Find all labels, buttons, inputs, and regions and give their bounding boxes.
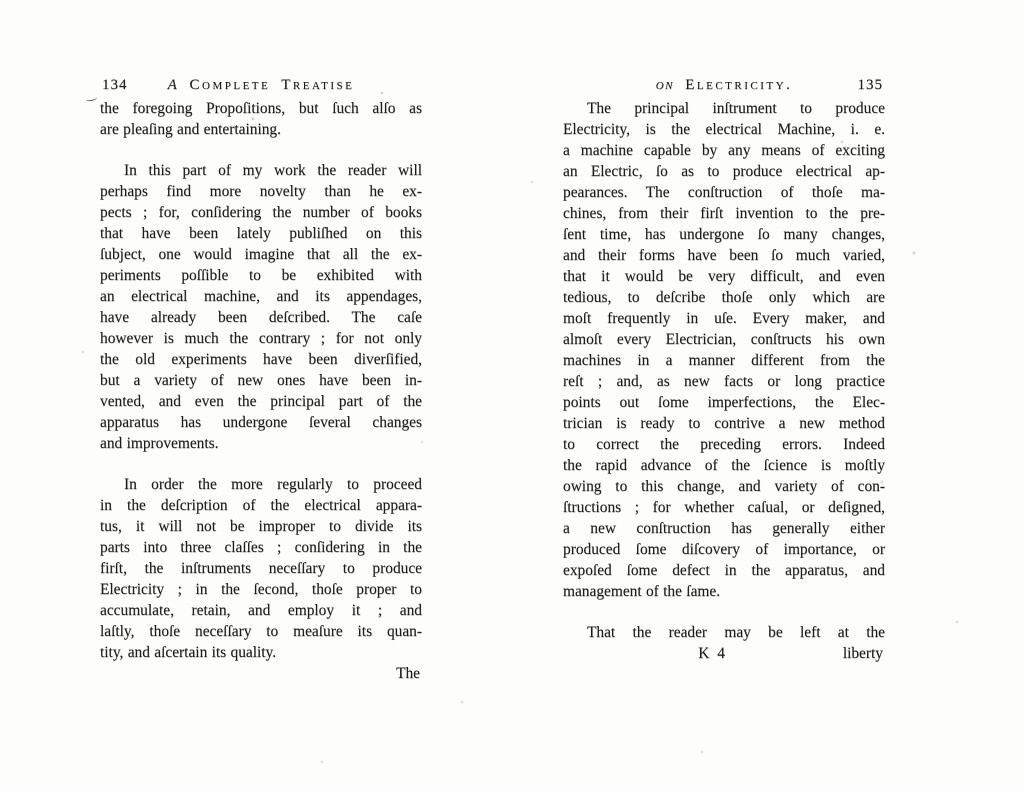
text-line: that have been lately publiſhed on this xyxy=(100,223,422,244)
left-page-body: the foregoing Propoſitions, but ſuch alſ… xyxy=(100,98,422,663)
text-line: ſtructions ; for whether caſual, or deſi… xyxy=(563,497,885,518)
right-page-number: 135 xyxy=(858,75,884,96)
text-line: an electrical machine, and its appendage… xyxy=(100,286,422,307)
book-scan: 134 A Complete Treatise the foregoing Pr… xyxy=(0,0,1024,791)
left-page-number: 134 xyxy=(102,75,128,96)
text-line: however is much the contrary ; for not o… xyxy=(100,328,422,349)
text-line: are pleaſing and entertaining. xyxy=(100,119,422,140)
right-catchword: liberty xyxy=(843,643,883,664)
text-line: Electricity, is the electrical Machine, … xyxy=(563,119,885,140)
text-line: trician is ready to contrive a new metho… xyxy=(563,413,885,434)
text-line: tedious, to deſcribe thoſe only which ar… xyxy=(563,287,885,308)
text-line: produced ſome diſcovery of importance, o… xyxy=(563,539,885,560)
text-line: The principal inſtrument to produce xyxy=(563,98,885,119)
text-line: the rapid advance of the ſcience is moſt… xyxy=(563,455,885,476)
paragraph: In this part of my work the reader willp… xyxy=(100,160,422,454)
right-page: on Electricity. 135 The principal inſtru… xyxy=(563,75,885,664)
paper-specks xyxy=(0,0,2,2)
text-line: that it would be very difficult, and eve… xyxy=(563,266,885,287)
text-line: ſent time, has undergone ſo many changes… xyxy=(563,224,885,245)
text-line: an Electric, ſo as to produce electrical… xyxy=(563,161,885,182)
paragraph: In order the more regularly to proceedin… xyxy=(100,474,422,663)
text-line: have already been deſcribed. The caſe xyxy=(100,307,422,328)
text-line: points out ſome imperfections, the Elec- xyxy=(563,392,885,413)
text-line: pects ; for, conſidering the number of b… xyxy=(100,202,422,223)
text-line: expoſed ſome defect in the apparatus, an… xyxy=(563,560,885,581)
text-line: vented, and even the principal part of t… xyxy=(100,391,422,412)
text-line: to correct the preceding errors. Indeed xyxy=(563,434,885,455)
text-line: laſtly, thoſe neceſſary to meaſure its q… xyxy=(100,621,422,642)
text-line: That the reader may be left at the xyxy=(563,622,885,643)
text-line: chines, from their firſt invention to th… xyxy=(563,203,885,224)
text-line: a new conſtruction has generally either xyxy=(563,518,885,539)
text-line: reſt ; and, as new facts or long practic… xyxy=(563,371,885,392)
paragraph: The principal inſtrument to produceElect… xyxy=(563,98,885,602)
text-line: but a variety of new ones have been in- xyxy=(100,370,422,391)
text-line: machines in a manner different from the xyxy=(563,350,885,371)
left-page: 134 A Complete Treatise the foregoing Pr… xyxy=(100,75,422,684)
signature-mark: K 4 xyxy=(698,643,727,664)
text-line: perhaps find more novelty than he ex- xyxy=(100,181,422,202)
text-line: a machine capable by any means of exciti… xyxy=(563,140,885,161)
text-line: apparatus has undergone ſeveral changes xyxy=(100,412,422,433)
right-page-body: The principal inſtrument to produceElect… xyxy=(563,98,885,643)
left-head-title-initial: A xyxy=(168,77,179,93)
text-line: and improvements. xyxy=(100,433,422,454)
left-catchword-row: The xyxy=(100,663,422,684)
ink-smudge xyxy=(86,95,98,101)
text-line: almoſt every Electrician, conſtructs his… xyxy=(563,329,885,350)
text-line: owing to this change, and variety of con… xyxy=(563,476,885,497)
text-line: in the deſcription of the electrical app… xyxy=(100,495,422,516)
text-line: firſt, the inſtruments neceſſary to prod… xyxy=(100,558,422,579)
text-line: and their forms have been ſo much varied… xyxy=(563,245,885,266)
text-line: parts into three claſſes ; conſidering i… xyxy=(100,537,422,558)
paragraph: the foregoing Propoſitions, but ſuch alſ… xyxy=(100,98,422,140)
text-line: In this part of my work the reader will xyxy=(100,160,422,181)
text-line: management of the ſame. xyxy=(563,581,885,602)
text-line: pearances. The conſtruction of thoſe ma- xyxy=(563,182,885,203)
text-line: ſubject, one would imagine that all the … xyxy=(100,244,422,265)
right-head-title: on Electricity. xyxy=(563,75,885,96)
right-head-prefix: on xyxy=(656,77,674,93)
right-running-head: on Electricity. 135 xyxy=(563,75,885,96)
text-line: moſt frequently in uſe. Every maker, and xyxy=(563,308,885,329)
text-line: In order the more regularly to proceed xyxy=(100,474,422,495)
text-line: the foregoing Propoſitions, but ſuch alſ… xyxy=(100,98,422,119)
text-line: periments poſſible to be exhibited with xyxy=(100,265,422,286)
left-catchword: The xyxy=(396,663,420,684)
right-footer-row: K 4 liberty xyxy=(563,643,885,664)
text-line: accumulate, retain, and employ it ; and xyxy=(100,600,422,621)
text-line: tity, and aſcertain its quality. xyxy=(100,642,422,663)
left-head-title-rest: Complete Treatise xyxy=(190,77,355,93)
left-running-head: 134 A Complete Treatise xyxy=(100,75,422,96)
paragraph: That the reader may be left at the xyxy=(563,622,885,643)
right-head-title-text: Electricity. xyxy=(685,77,792,93)
text-line: Electricity ; in the ſecond, thoſe prope… xyxy=(100,579,422,600)
left-head-title: A Complete Treatise xyxy=(100,75,422,96)
text-line: the old experiments have been diverſifie… xyxy=(100,349,422,370)
text-line: tus, it will not be improper to divide i… xyxy=(100,516,422,537)
